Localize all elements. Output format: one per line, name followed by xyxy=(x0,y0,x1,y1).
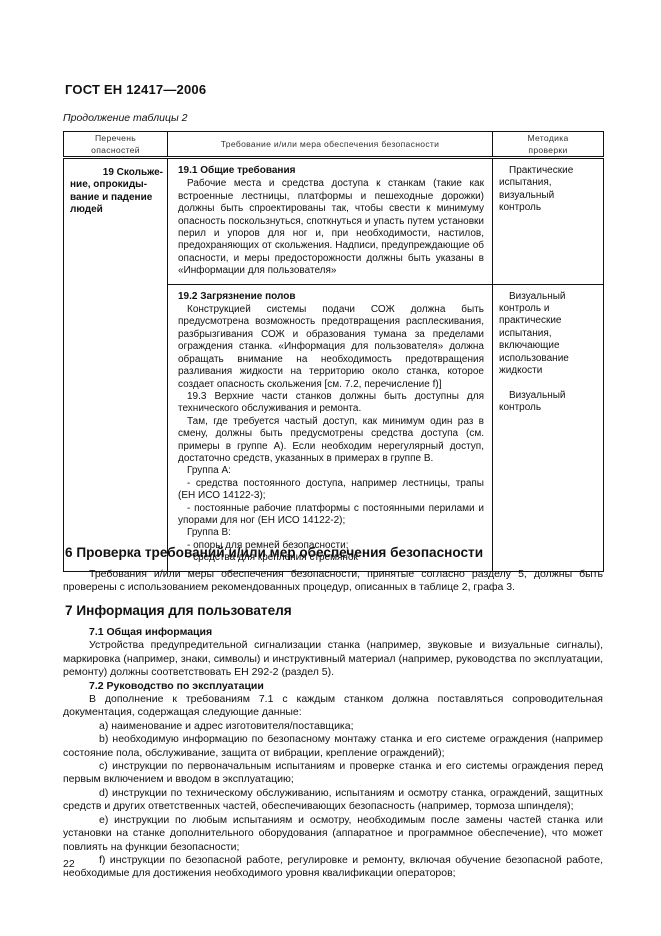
requirement-title: 19.2 Загрязнение полов xyxy=(178,291,484,303)
hazard-line: вание и падение xyxy=(70,192,163,204)
list-item: d) инструкции по техническому обслуживан… xyxy=(63,787,603,814)
list-item: e) инструкции по любым испытаниям и осмо… xyxy=(63,814,603,854)
requirement-cell: 19.2 Загрязнение полов Конструкцией сист… xyxy=(168,284,493,571)
document-code: ГОСТ ЕН 12417—2006 xyxy=(65,82,206,97)
method-cell: Практические испытания, визуальный контр… xyxy=(493,158,604,285)
section-7-heading: 7 Информация для пользователя xyxy=(65,603,292,618)
subsection-7-2-title: 7.2 Руководство по эксплуатации xyxy=(63,680,603,693)
method-text: Визуальный контроль и практические испыт… xyxy=(499,291,599,378)
requirement-text: Группа В: xyxy=(178,527,484,539)
hazard-line: 19 Скольже- xyxy=(70,167,163,179)
requirement-text: Там, где требуется частый доступ, как ми… xyxy=(178,416,484,466)
section-6-text: Требования и/или меры обеспечения безопа… xyxy=(63,568,603,595)
list-item: c) инструкции по первоначальным испытани… xyxy=(63,760,603,787)
list-item: f) инструкции по безопасной работе, регу… xyxy=(63,854,603,881)
page-number: 22 xyxy=(63,858,75,870)
header-requirement: Требование и/или мера обеспечения безопа… xyxy=(168,132,493,158)
requirements-table: Перечень опасностей Требование и/или мер… xyxy=(63,131,604,572)
header-hazards: Перечень опасностей xyxy=(64,132,168,158)
requirement-title: 19.1 Общие требования xyxy=(178,165,484,177)
hazard-line: ние, опрокиды- xyxy=(70,179,163,191)
method-text: Визуальный контроль xyxy=(499,390,599,415)
section-6-body: Требования и/или меры обеспечения безопа… xyxy=(63,568,603,595)
hazard-cell: 19 Скольже- ние, опрокиды- вание и паден… xyxy=(64,158,168,572)
requirement-text: 19.3 Верхние части станков должны быть д… xyxy=(178,391,484,416)
method-cell: Визуальный контроль и практические испыт… xyxy=(493,284,604,571)
table-row: 19 Скольже- ние, опрокиды- вание и паден… xyxy=(64,158,604,285)
header-method-line: Методика xyxy=(493,132,603,144)
requirement-cell: 19.1 Общие требования Рабочие места и ср… xyxy=(168,158,493,285)
requirement-text: Рабочие места и средства доступа к станк… xyxy=(178,178,484,277)
header-method-line: проверки xyxy=(493,144,603,156)
section-7-body: 7.1 Общая информация Устройства предупре… xyxy=(63,626,603,881)
hazard-line: людей xyxy=(70,204,163,216)
header-method: Методика проверки xyxy=(493,132,604,158)
section-6-heading: 6 Проверка требований и/или мер обеспече… xyxy=(65,545,483,560)
table-continuation-label: Продолжение таблицы 2 xyxy=(63,112,187,124)
subsection-7-2-intro: В дополнение к требованиям 7.1 с каждым … xyxy=(63,693,603,720)
requirement-text: - средства постоянного доступа, например… xyxy=(178,478,484,503)
header-hazards-line: опасностей xyxy=(64,144,167,156)
requirement-text: Группа А: xyxy=(178,465,484,477)
requirement-text: - постоянные рабочие платформы с постоян… xyxy=(178,503,484,528)
table-header-row: Перечень опасностей Требование и/или мер… xyxy=(64,132,604,158)
method-text: Практические испытания, визуальный контр… xyxy=(499,165,599,215)
list-item: a) наименование и адрес изготовителя/пос… xyxy=(63,720,603,733)
subsection-7-1-text: Устройства предупредительной сигнализаци… xyxy=(63,639,603,679)
list-item: b) необходимую информацию по безопасному… xyxy=(63,733,603,760)
requirement-text: Конструкцией системы подачи СОЖ должна б… xyxy=(178,304,484,391)
subsection-7-1-title: 7.1 Общая информация xyxy=(63,626,603,639)
header-hazards-line: Перечень xyxy=(64,132,167,144)
